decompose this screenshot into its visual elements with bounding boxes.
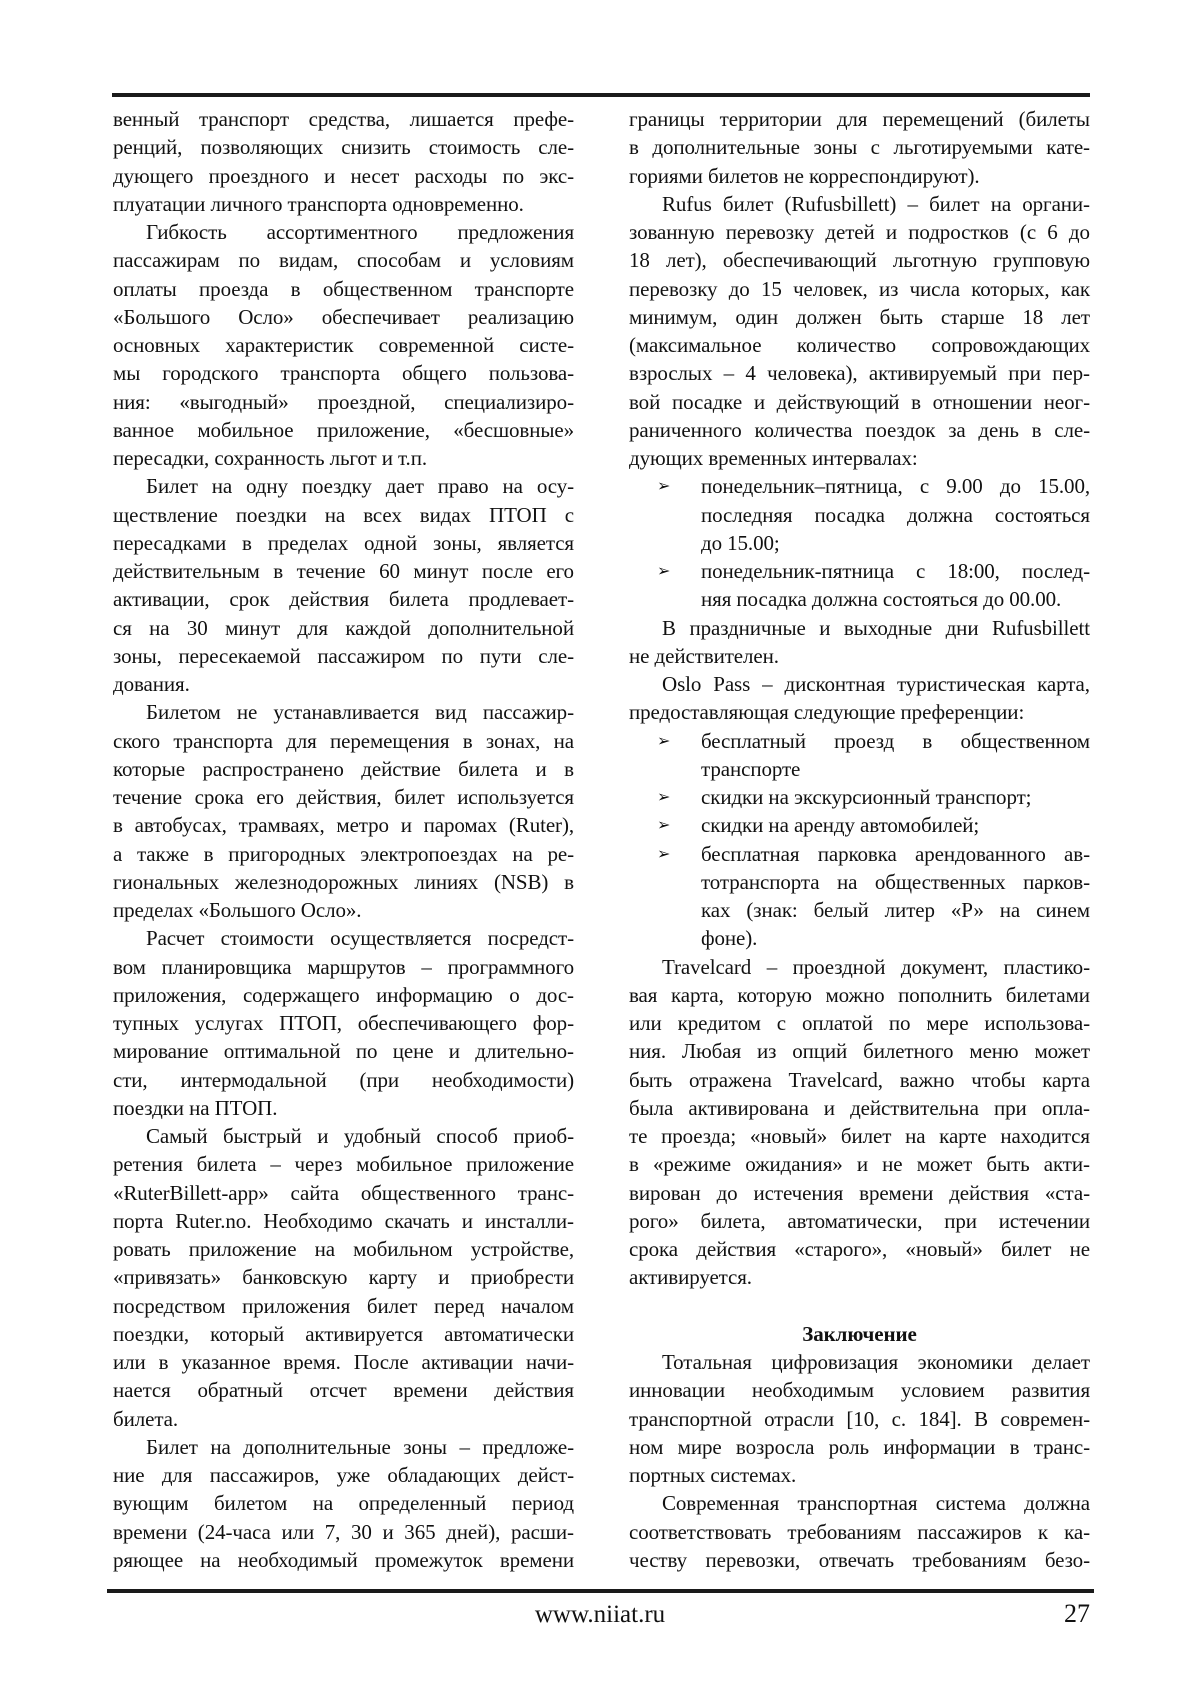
text-line: Билетнаоднупоездкудаетправонаосу- [113, 472, 574, 500]
text-line: пересадкамивпределаходнойзоны,является [113, 529, 574, 557]
bullet-arrow-icon: ➢ [657, 840, 670, 868]
text-line: сти,интермодальной(принеобходимости) [113, 1066, 574, 1094]
bullet-arrow-icon: ➢ [657, 727, 670, 755]
text-line: портных системах. [629, 1461, 1090, 1489]
text-line: мыгородскоготранспортаобщегопользова- [113, 359, 574, 387]
text-line: не действителен. [629, 642, 1090, 670]
text-line: тепроезда;«новый»билетнакартенаходится [629, 1122, 1090, 1150]
bullet-line: ➢понедельник-пятницас18:00,послед- [629, 557, 1090, 585]
text-line: Тотальнаяцифровизацияэкономикиделает [629, 1348, 1090, 1376]
section-heading: Заключение [629, 1320, 1090, 1348]
text-line: ния:«выгодный»проездной,специализиро- [113, 388, 574, 416]
text-line: тотранспортанаобщественныхпарков- [629, 868, 1090, 896]
text-line: портаRuter.no.Необходимоскачатьиинсталли… [113, 1207, 574, 1235]
text-line: ренций,позволяющихснизитьстоимостьсле- [113, 133, 574, 161]
text-line: зоны,пересекаемойпассажиромпопутисле- [113, 642, 574, 670]
text-line: основныххарактеристиксовременнойсисте- [113, 331, 574, 359]
text-line: бытьотраженаTravelcard,важночтобыкарта [629, 1066, 1090, 1094]
text-line: границытерриториидляперемещений(билеты [629, 105, 1090, 133]
text-line: скоготранспортадляперемещениявзонах,на [113, 727, 574, 755]
text-line: рого»билета,автоматически,приистечении [629, 1207, 1090, 1235]
text-line: дующегопроездногоинесетрасходыпоэкс- [113, 162, 574, 190]
text-line: вировандоистечениявременидействия«ста- [629, 1179, 1090, 1207]
text-line: войпосадкеидействующийвотношениинеог- [629, 388, 1090, 416]
text-line: вующимбилетомнаопределенныйпериод [113, 1489, 574, 1517]
text-line: течениесрокаегодействия,билетиспользуетс… [113, 783, 574, 811]
text-line: Билетомнеустанавливаетсявидпассажир- [113, 698, 574, 726]
text-line: ретениябилета–черезмобильноеприложение [113, 1150, 574, 1178]
text-line: венныйтранспортсредства,лишаетсяпрефе- [113, 105, 574, 133]
text-line: Расчетстоимостиосуществляетсяпосредст- [113, 924, 574, 952]
text-line: гориями билетов не корреспондируют). [629, 162, 1090, 190]
text-line: ВпраздничныеивыходныедниRufusbillett [629, 614, 1090, 642]
text-line: наетсяобратныйотсчетвременидействия [113, 1376, 574, 1404]
text-line: былаактивированаидействительнаприопла- [629, 1094, 1090, 1122]
text-line: вавтобусах,трамваях,метроипаромах(Ruter)… [113, 811, 574, 839]
text-line: действительнымвтечение60минутпослеего [113, 557, 574, 585]
text-line: вдополнительныезонысльготируемымикате- [629, 133, 1090, 161]
text-line: приложения,содержащегоинформациюодос- [113, 981, 574, 1009]
text-line: предоставляющая следующие преференции: [629, 698, 1090, 726]
text-line: ках(знак:белыйлитер«Р»насинем [629, 896, 1090, 924]
text-line: Rufusбилет(Rufusbillett)–билетнаоргани- [629, 190, 1090, 218]
right-column: границытерриториидляперемещений(билетывд… [629, 105, 1090, 1574]
text-line: номмиревозросларольинформациивтранс- [629, 1433, 1090, 1461]
text-line: поездки,которыйактивируетсяавтоматически [113, 1320, 574, 1348]
text-line: «RuterBillett-app»сайтаобщественноготран… [113, 1179, 574, 1207]
page-body: венныйтранспортсредства,лишаетсяпрефе-ре… [113, 105, 1090, 1574]
text-line: фоне). [629, 924, 1090, 952]
bullet-arrow-icon: ➢ [657, 557, 670, 585]
text-line: иликредитомсоплатойпомереиспользова- [629, 1009, 1090, 1037]
text-line: вомпланировщикамаршрутов–программного [113, 953, 574, 981]
header-rule [112, 93, 1090, 97]
text-line: плуатации личного транспорта одновременн… [113, 190, 574, 218]
text-line: Гибкостьассортиментногопредложения [113, 218, 574, 246]
text-line: ваякарта,которуюможнопополнитьбилетами [629, 981, 1090, 1009]
text-line: раниченногоколичествапоездокзаденьвсле- [629, 416, 1090, 444]
text-line: инновациинеобходимымусловиемразвития [629, 1376, 1090, 1404]
text-line: чествуперевозки,отвечатьтребованиямбезо- [629, 1546, 1090, 1574]
text-line: срокадействия«старого»,«новый»билетне [629, 1235, 1090, 1263]
text-line: оплатыпроездавобщественномтранспорте [113, 275, 574, 303]
text-line: в«режимеожидания»инеможетбытьакти- [629, 1150, 1090, 1178]
text-line: (максимальноеколичествосопровождающих [629, 331, 1090, 359]
text-line: няя посадка должна состояться до 00.00. [629, 585, 1090, 613]
text-line: Билетнадополнительныезоны–предложе- [113, 1433, 574, 1461]
text-line: ниедляпассажиров,ужеобладающихдейст- [113, 1461, 574, 1489]
text-line: Travelcard–проезднойдокумент,пластико- [629, 953, 1090, 981]
text-line: сяна30минутдлякаждойдополнительной [113, 614, 574, 642]
text-line: минимум,одиндолженбытьстарше18лет [629, 303, 1090, 331]
page-number: 27 [1064, 1599, 1090, 1629]
text-line: последняяпосадкадолжнасостояться [629, 501, 1090, 529]
text-line: 18лет),обеспечивающийльготнуюгрупповую [629, 246, 1090, 274]
text-line: мированиеоптимальнойпоценеидлительно- [113, 1037, 574, 1065]
text-line: транспорте [629, 755, 1090, 783]
text-line: соответствоватьтребованиямпассажировкка- [629, 1518, 1090, 1546]
text-line: тупныхуслугахПТОП,обеспечивающегофор- [113, 1009, 574, 1037]
text-line: «БольшогоОсло»обеспечиваетреализацию [113, 303, 574, 331]
text-line: ряющеенанеобходимыйпромежутоквремени [113, 1546, 574, 1574]
text-line: OsloPass–дисконтнаятуристическаякарта, [629, 670, 1090, 698]
text-line: пересадки, сохранность льгот и т.п. [113, 444, 574, 472]
bullet-arrow-icon: ➢ [657, 783, 670, 811]
text-line: перевозкудо15человек,изчислакоторых,как [629, 275, 1090, 303]
text-line: иливуказанноевремя.Послеактивацииначи- [113, 1348, 574, 1376]
text-line: атакжевпригородныхэлектропоездахнаре- [113, 840, 574, 868]
text-line: активируется. [629, 1263, 1090, 1291]
text-line: «привязать»банковскуюкартуиприобрести [113, 1263, 574, 1291]
text-line: активации,срокдействиябилетапродлевает- [113, 585, 574, 613]
bullet-line: ➢понедельник–пятница,с9.00до15.00, [629, 472, 1090, 500]
text-line: ния.Любаяизопцийбилетногоменюможет [629, 1037, 1090, 1065]
footer-site-url: www.niiat.ru [0, 1601, 1200, 1629]
text-line: дующих временных интервалах: [629, 444, 1090, 472]
text-line: дования. [113, 670, 574, 698]
text-line: времени(24-часаили7,30и365дней),расши- [113, 1518, 574, 1546]
text-line: зованнуюперевозкудетейиподростков(с6до [629, 218, 1090, 246]
bullet-line: ➢скидки на экскурсионный транспорт; [629, 783, 1090, 811]
text-line: гиональныхжелезнодорожныхлиниях(NSB)в [113, 868, 574, 896]
bullet-arrow-icon: ➢ [657, 472, 670, 500]
footer-rule [107, 1589, 1094, 1593]
text-line: взрослых–4человека),активируемыйприпер- [629, 359, 1090, 387]
text-line: роватьприложениенамобильномустройстве, [113, 1235, 574, 1263]
bullet-arrow-icon: ➢ [657, 811, 670, 839]
document-page: венныйтранспортсредства,лишаетсяпрефе-ре… [0, 0, 1200, 1698]
text-line: которыераспространенодействиебилетаив [113, 755, 574, 783]
text-line: ществлениепоездкинавсехвидахПТОПс [113, 501, 574, 529]
text-line: билета. [113, 1405, 574, 1433]
text-line: ванноемобильноеприложение,«бесшовные» [113, 416, 574, 444]
bullet-line: ➢бесплатныйпроездвобщественном [629, 727, 1090, 755]
text-line: Самыйбыстрыйиудобныйспособприоб- [113, 1122, 574, 1150]
text-line: Современнаятранспортнаясистемадолжна [629, 1489, 1090, 1517]
text-line: транспортнойотрасли[10,с.184].Всовремен- [629, 1405, 1090, 1433]
text-line: до 15.00; [629, 529, 1090, 557]
text-line: пассажирамповидам,способамиусловиям [113, 246, 574, 274]
bullet-line: ➢скидки на аренду автомобилей; [629, 811, 1090, 839]
text-line: поездки на ПТОП. [113, 1094, 574, 1122]
bullet-line: ➢бесплатнаяпарковкаарендованногоав- [629, 840, 1090, 868]
blank-line [629, 1292, 1090, 1320]
text-line: пределах «Большого Осло». [113, 896, 574, 924]
left-column: венныйтранспортсредства,лишаетсяпрефе-ре… [113, 105, 574, 1574]
text-line: посредствомприложениябилетпередначалом [113, 1292, 574, 1320]
